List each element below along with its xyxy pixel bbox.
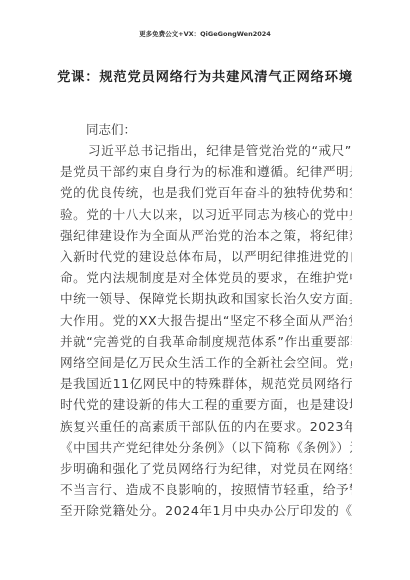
body-line: 族复兴重任的高素质干部队伍的内在要求。2023年修订的: [60, 416, 352, 437]
salutation: 同志们：: [86, 120, 136, 138]
body-line: 强纪律建设作为全面从严治党的治本之策，将纪律建设纳: [60, 225, 352, 246]
body-line: 网络空间是亿万民众生活工作的全新社会空间。党员干部: [60, 352, 352, 373]
body-line: 中统一领导、保障党长期执政和国家长治久安方面具有重: [60, 288, 352, 309]
body-line: 大作用。党的XX大报告提出“坚定不移全面从严治党”，: [60, 310, 352, 331]
body-line: 是党员干部约束自身行为的标准和遵循。纪律严明是我们: [60, 161, 352, 182]
body-line: 命。党内法规制度是对全体党员的要求，在维护党中央集: [60, 267, 352, 288]
body-paragraph: 习近平总书记指出，纪律是管党治党的“戒尺”，也 是党员干部约束自身行为的标准和遵…: [60, 140, 352, 522]
body-line: 不当言行、造成不良影响的，按照情节轻重，给予警告直: [60, 479, 352, 500]
body-line: 习近平总书记指出，纪律是管党治党的“戒尺”，也: [60, 140, 352, 161]
body-line: 并就“完善党的自我革命制度规范体系”作出重要部署。: [60, 331, 352, 352]
document-title: 党课：规范党员网络行为共建风清气正网络环境: [0, 66, 410, 85]
document-page: 更多免费公文+VX：QiGeGongWen2024 党课：规范党员网络行为共建风…: [0, 0, 410, 580]
body-line: 入新时代党的建设总体布局，以严明纪律推进党的自我革: [60, 246, 352, 267]
body-line: 是我国近11亿网民中的特殊群体，规范党员网络行为是新: [60, 373, 352, 394]
body-line: 《中国共产党纪律处分条例》（以下简称《条例》）进一: [60, 437, 352, 458]
body-line: 验。党的十八大以来，以习近平同志为核心的党中央把加: [60, 204, 352, 225]
body-line: 至开除党籍处分。2024年1月中央办公厅印发的《中国共: [60, 500, 352, 521]
header-note: 更多免费公文+VX：QiGeGongWen2024: [0, 29, 410, 38]
body-line: 党的优良传统，也是我们党百年奋斗的独特优势和宝贵经: [60, 182, 352, 203]
body-line: 时代党的建设新的伟大工程的重要方面，也是建设堪当民: [60, 394, 352, 415]
body-line: 步明确和强化了党员网络行为纪律，对党员在网络空间有: [60, 458, 352, 479]
